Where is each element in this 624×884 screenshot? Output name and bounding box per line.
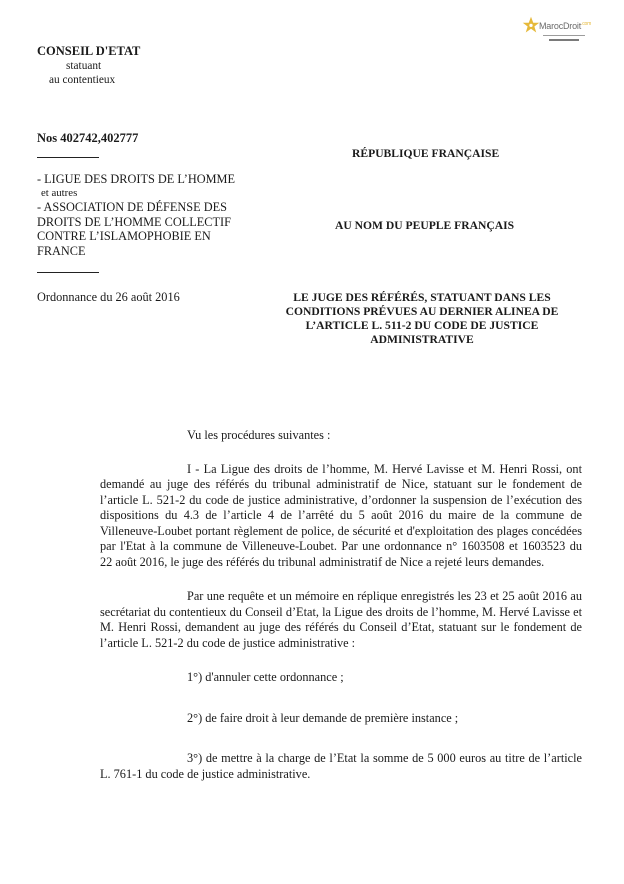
parties-list: - LIGUE DES DROITS DE L’HOMME et autres … <box>37 172 277 259</box>
judge-title-line: LE JUGE DES RÉFÉRÉS, STATUANT DANS LES <box>272 291 572 305</box>
divider <box>37 157 99 158</box>
party-line: CONTRE L’ISLAMOPHOBIE EN <box>37 229 277 244</box>
judge-title-line: ADMINISTRATIVE <box>272 333 572 347</box>
court-subtitle-line-1: statuant <box>66 60 101 72</box>
star-icon <box>522 16 540 34</box>
party-line: FRANCE <box>37 244 277 259</box>
paragraph-request: Par une requête et un mémoire en répliqu… <box>100 589 582 651</box>
divider <box>37 272 99 273</box>
judge-title: LE JUGE DES RÉFÉRÉS, STATUANT DANS LES C… <box>272 291 572 347</box>
court-name: CONSEIL D'ETAT <box>37 44 140 59</box>
judge-title-line: L’ARTICLE L. 511-2 DU CODE DE JUSTICE <box>272 319 572 333</box>
logo-tagline-line <box>543 35 585 36</box>
request-item-3: 3°) de mettre à la charge de l’Etat la s… <box>100 751 582 782</box>
logo-domain-suffix: .com <box>581 21 591 27</box>
procedures-intro: Vu les procédures suivantes : <box>100 428 582 444</box>
request-item-2: 2°) de faire droit à leur demande de pre… <box>100 711 582 727</box>
judge-title-line: CONDITIONS PRÉVUES AU DERNIER ALINEA DE <box>272 305 572 319</box>
party-line: DROITS DE L’HOMME COLLECTIF <box>37 215 277 230</box>
case-numbers: Nos 402742,402777 <box>37 131 138 146</box>
marocdroit-logo: MarocDroit.com <box>522 16 602 46</box>
logo-tagline-line <box>549 39 579 41</box>
party-line: - LIGUE DES DROITS DE L’HOMME <box>37 172 277 187</box>
order-date: Ordonnance du 26 août 2016 <box>37 290 180 305</box>
court-subtitle-line-2: au contentieux <box>49 74 115 86</box>
party-subline: et autres <box>37 187 277 200</box>
logo-brand: MarocDroit.com <box>539 21 591 31</box>
party-line: - ASSOCIATION DE DÉFENSE DES <box>37 200 277 215</box>
paragraph-procedure-i: I - La Ligue des droits de l’homme, M. H… <box>100 462 582 571</box>
people-heading: AU NOM DU PEUPLE FRANÇAIS <box>335 219 514 232</box>
document-body: Vu les procédures suivantes : I - La Lig… <box>100 428 582 782</box>
request-item-1: 1°) d'annuler cette ordonnance ; <box>100 670 582 686</box>
republic-heading: RÉPUBLIQUE FRANÇAISE <box>352 147 499 160</box>
